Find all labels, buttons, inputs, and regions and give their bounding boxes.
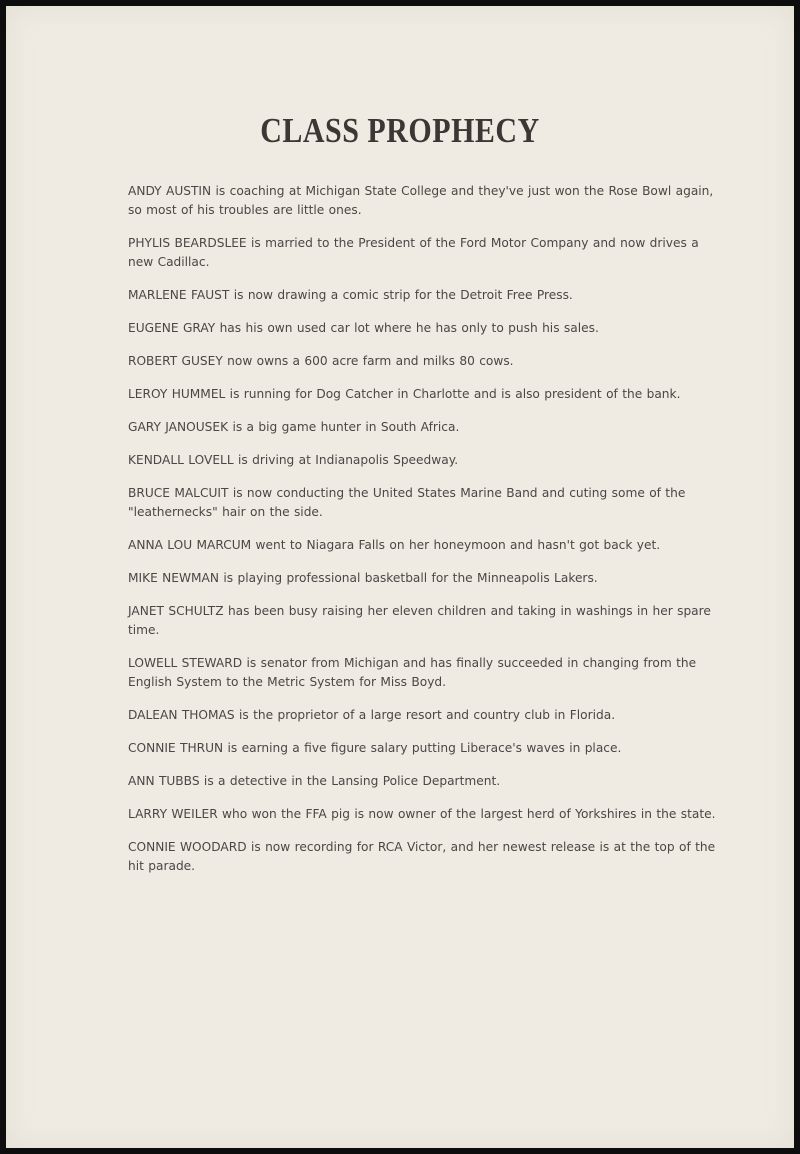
prophecy-entry: GARY JANOUSEK is a big game hunter in So… [128, 418, 728, 437]
prophecy-entry: ANDY AUSTIN is coaching at Michigan Stat… [128, 182, 728, 220]
prophecy-entry: ANNA LOU MARCUM went to Niagara Falls on… [128, 536, 728, 555]
prophecy-entry: LEROY HUMMEL is running for Dog Catcher … [128, 385, 728, 404]
page-title: CLASS PROPHECY [6, 112, 794, 151]
prophecy-entry: MARLENE FAUST is now drawing a comic str… [128, 286, 728, 305]
prophecy-entry: KENDALL LOVELL is driving at Indianapoli… [128, 451, 728, 470]
prophecy-entry: ANN TUBBS is a detective in the Lansing … [128, 772, 728, 791]
prophecy-entry: LOWELL STEWARD is senator from Michigan … [128, 654, 728, 692]
prophecy-list: ANDY AUSTIN is coaching at Michigan Stat… [128, 182, 728, 890]
prophecy-entry: EUGENE GRAY has his own used car lot whe… [128, 319, 728, 338]
prophecy-entry: BRUCE MALCUIT is now conducting the Unit… [128, 484, 728, 522]
prophecy-entry: MIKE NEWMAN is playing professional bask… [128, 569, 728, 588]
prophecy-entry: PHYLIS BEARDSLEE is married to the Presi… [128, 234, 728, 272]
prophecy-entry: JANET SCHULTZ has been busy raising her … [128, 602, 728, 640]
document-page: CLASS PROPHECY ANDY AUSTIN is coaching a… [6, 6, 794, 1148]
prophecy-entry: CONNIE WOODARD is now recording for RCA … [128, 838, 728, 876]
prophecy-entry: ROBERT GUSEY now owns a 600 acre farm an… [128, 352, 728, 371]
prophecy-entry: LARRY WEILER who won the FFA pig is now … [128, 805, 728, 824]
prophecy-entry: DALEAN THOMAS is the proprietor of a lar… [128, 706, 728, 725]
prophecy-entry: CONNIE THRUN is earning a five figure sa… [128, 739, 728, 758]
